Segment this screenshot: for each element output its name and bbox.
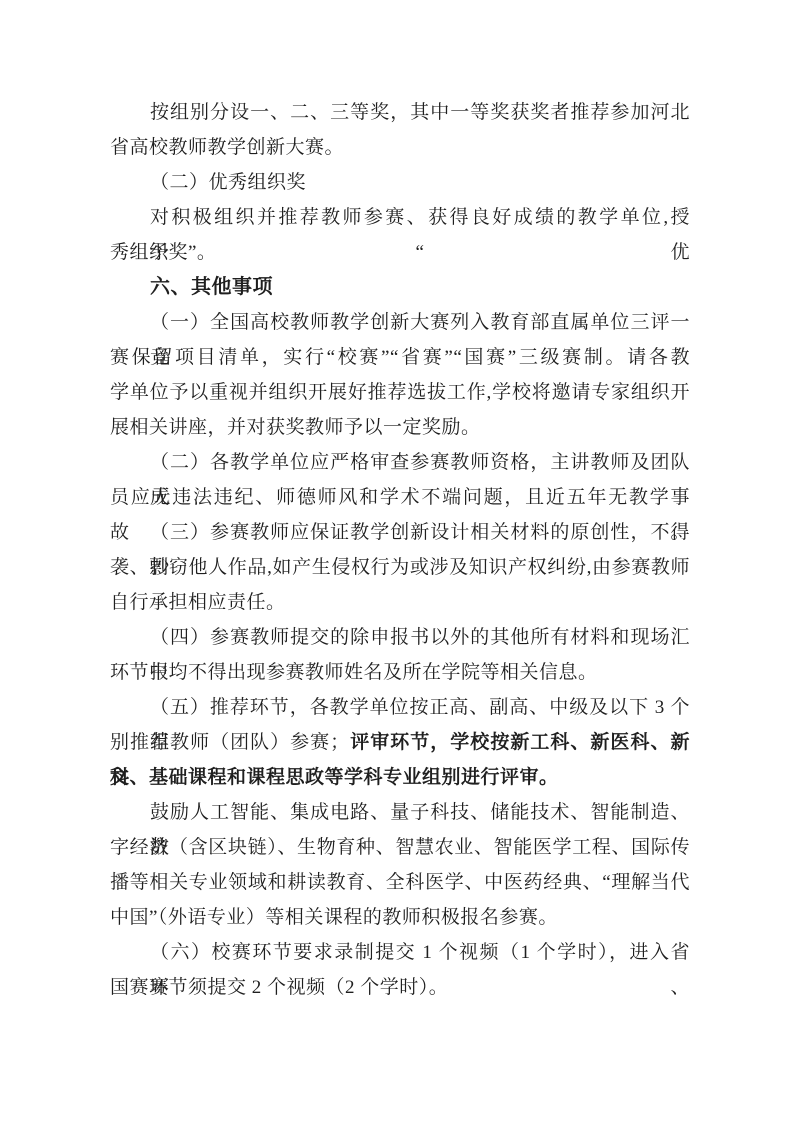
text-line: 环节中均不得出现参赛教师姓名及所在学院等相关信息。 [110,655,690,690]
text-line: 袭、剽窃他人作品,如产生侵权行为或涉及知识产权纠纷,由参赛教师 [110,550,690,585]
body-text: 别推荐教师（团队）参赛； [110,732,350,753]
text-line: 字经济（含区块链）、生物育种、智慧农业、智能医学工程、国际传 [110,830,690,865]
body-text: 自行承担相应责任。 [110,592,286,613]
text-line: （四）参赛教师提交的除申报书以外的其他所有材料和现场汇报 [110,620,690,655]
text-line: 中国”（外语专业）等相关课程的教师积极报名参赛。 [110,900,690,935]
text-line: （五）推荐环节，各教学单位按正高、副高、中级及以下 3 个组 [110,690,690,725]
text-line: （六）校赛环节要求录制提交 1 个视频（1 个学时），进入省赛、 [110,935,690,970]
body-text: （二）优秀组织奖 [150,172,306,193]
text-line: 自行承担相应责任。 [110,585,690,620]
text-line: （二）各教学单位应严格审查参赛教师资格，主讲教师及团队成 [110,445,690,480]
text-line: 省高校教师教学创新大赛。 [110,130,690,165]
text-line: 对积极组织并推荐教师参赛、获得良好成绩的教学单位,授予“优 [110,200,690,235]
body-text: 袭、剽窃他人作品,如产生侵权行为或涉及知识产权纠纷,由参赛教师 [110,557,690,578]
document-page: 按组别分设一、二、三等奖，其中一等奖获奖者推荐参加河北省高校教师教学创新大赛。（… [0,0,800,1131]
text-line: 员应无违法违纪、师德师风和学术不端问题，且近五年无教学事故。 [110,480,690,515]
body-text: 中国”（外语专业）等相关课程的教师积极报名参赛。 [110,907,558,928]
document-body: 按组别分设一、二、三等奖，其中一等奖获奖者推荐参加河北省高校教师教学创新大赛。（… [110,95,690,1005]
text-line: 按组别分设一、二、三等奖，其中一等奖获奖者推荐参加河北 [110,95,690,130]
body-text: 省高校教师教学创新大赛。 [110,137,344,158]
body-text: 展相关讲座，并对获奖教师予以一定奖励。 [110,417,481,438]
text-line: 别推荐教师（团队）参赛；评审环节，学校按新工科、新医科、新文 [110,725,690,760]
text-line: 科、基础课程和课程思政等学科专业组别进行评审。 [110,760,690,795]
text-line: 播等相关专业领域和耕读教育、全科医学、中医药经典、“理解当代 [110,865,690,900]
body-text: 字经济（含区块链）、生物育种、智慧农业、智能医学工程、国际传 [110,837,690,858]
text-line: 鼓励人工智能、集成电路、量子科技、储能技术、智能制造、数 [110,795,690,830]
text-line: （一）全国高校教师教学创新大赛列入教育部直属单位三评一竞 [110,305,690,340]
body-text: 国赛环节须提交 2 个视频（2 个学时）。 [110,977,448,998]
body-text: 按组别分设一、二、三等奖，其中一等奖获奖者推荐参加河北 [150,102,690,123]
body-text: 赛保留项目清单，实行“校赛”“省赛”“国赛”三级赛制。请各教 [110,347,690,368]
body-text: 环节中均不得出现参赛教师姓名及所在学院等相关信息。 [110,662,598,683]
bold-text: 科、基础课程和课程思政等学科专业组别进行评审。 [110,767,559,788]
text-line: 学单位予以重视并组织开展好推荐选拔工作,学校将邀请专家组织开 [110,375,690,410]
text-line: 展相关讲座，并对获奖教师予以一定奖励。 [110,410,690,445]
section-heading: 六、其他事项 [110,270,690,305]
body-text: 播等相关专业领域和耕读教育、全科医学、中医药经典、“理解当代 [110,872,690,893]
body-text: 对积极组织并推荐教师参赛、获得良好成绩的教学单位,授予“优 [150,207,690,263]
text-line: （三）参赛教师应保证教学创新设计相关材料的原创性，不得抄 [110,515,690,550]
text-line: 赛保留项目清单，实行“校赛”“省赛”“国赛”三级赛制。请各教 [110,340,690,375]
text-line: （二）优秀组织奖 [110,165,690,200]
bold-text: 六、其他事项 [150,276,273,298]
body-text: 学单位予以重视并组织开展好推荐选拔工作,学校将邀请专家组织开 [110,382,690,403]
body-text: 秀组织奖”。 [110,242,216,263]
